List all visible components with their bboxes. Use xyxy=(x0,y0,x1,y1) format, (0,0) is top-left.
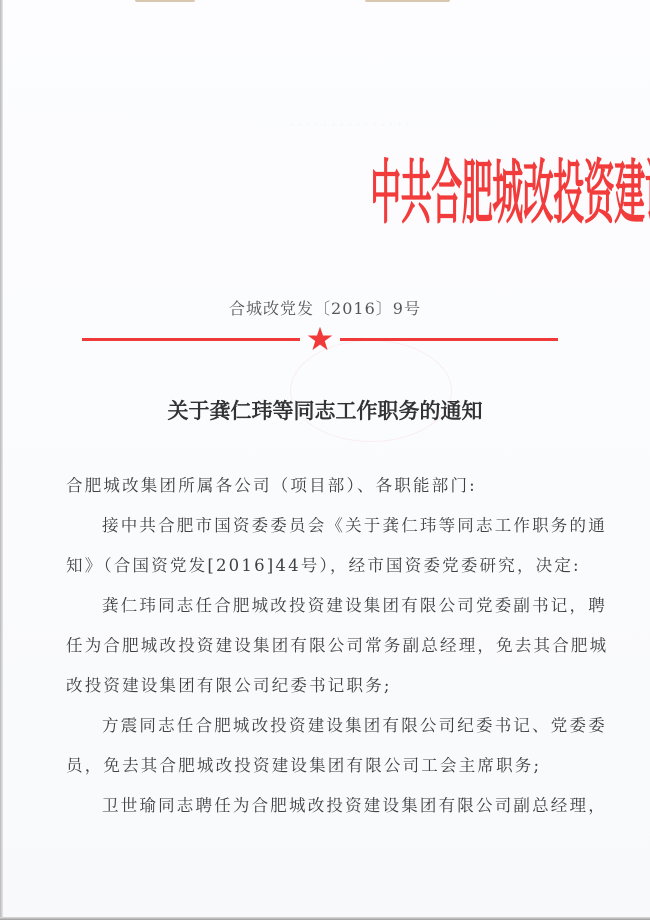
paragraph-line: 员，免去其合肥城改投资建设集团有限公司工会主席职务; xyxy=(66,746,596,786)
red-divider-left xyxy=(82,338,300,341)
page-left-edge xyxy=(0,0,3,920)
document-header-title: 中共合肥城改投资建设集团有限公司委员会文件 xyxy=(50,150,600,236)
document-subject: 关于龚仁玮等同志工作职务的通知 xyxy=(0,395,650,425)
salutation: 合肥城改集团所属各公司（项目部）、各职能部门: xyxy=(66,466,596,506)
paragraph: 龚仁玮同志任合肥城改投资建设集团有限公司党委副书记，聘 任为合肥城改投资建设集团… xyxy=(66,586,596,706)
paragraph-line: 接中共合肥市国资委委员会《关于龚仁玮等同志工作职务的通 xyxy=(66,506,596,546)
binding-tab xyxy=(135,0,195,2)
faint-seal xyxy=(290,340,452,442)
paragraph: 方震同志任合肥城改投资建设集团有限公司纪委书记、党委委 员，免去其合肥城改投资建… xyxy=(66,706,596,786)
paragraph-line: 方震同志任合肥城改投资建设集团有限公司纪委书记、党委委 xyxy=(66,706,596,746)
red-star-icon xyxy=(306,325,334,353)
paragraph: 接中共合肥市国资委委员会《关于龚仁玮等同志工作职务的通 知》（合国资党发[201… xyxy=(66,506,596,586)
paragraph-line: 卫世瑜同志聘任为合肥城改投资建设集团有限公司副总经理， xyxy=(66,786,596,826)
paragraph-line: 知》（合国资党发[2016]44号），经市国资委党委研究，决定: xyxy=(66,546,596,586)
header-title-text: 中共合肥城改投资建设集团有限公司委员会文件 xyxy=(370,145,650,241)
paragraph-line: 任为合肥城改投资建设集团有限公司常务副总经理，免去其合肥城 xyxy=(66,626,596,666)
document-page: · · · · · · · · · · · · · · · 中共合肥城改投资建设… xyxy=(0,0,650,920)
paragraph-line: 龚仁玮同志任合肥城改投资建设集团有限公司党委副书记，聘 xyxy=(66,586,596,626)
paragraph-line: 改投资建设集团有限公司纪委书记职务; xyxy=(66,666,596,706)
salutation-text: 合肥城改集团所属各公司（项目部）、各职能部门: xyxy=(66,466,596,506)
red-divider-right xyxy=(340,338,558,341)
bleed-through-text: · · · · · · · · · · · · · · · xyxy=(290,118,410,133)
paragraph: 卫世瑜同志聘任为合肥城改投资建设集团有限公司副总经理， xyxy=(66,786,596,826)
document-body: 合肥城改集团所属各公司（项目部）、各职能部门: 接中共合肥市国资委委员会《关于龚… xyxy=(66,466,596,826)
binding-tab xyxy=(365,0,450,2)
document-number: 合城改党发〔2016〕9号 xyxy=(0,296,650,319)
